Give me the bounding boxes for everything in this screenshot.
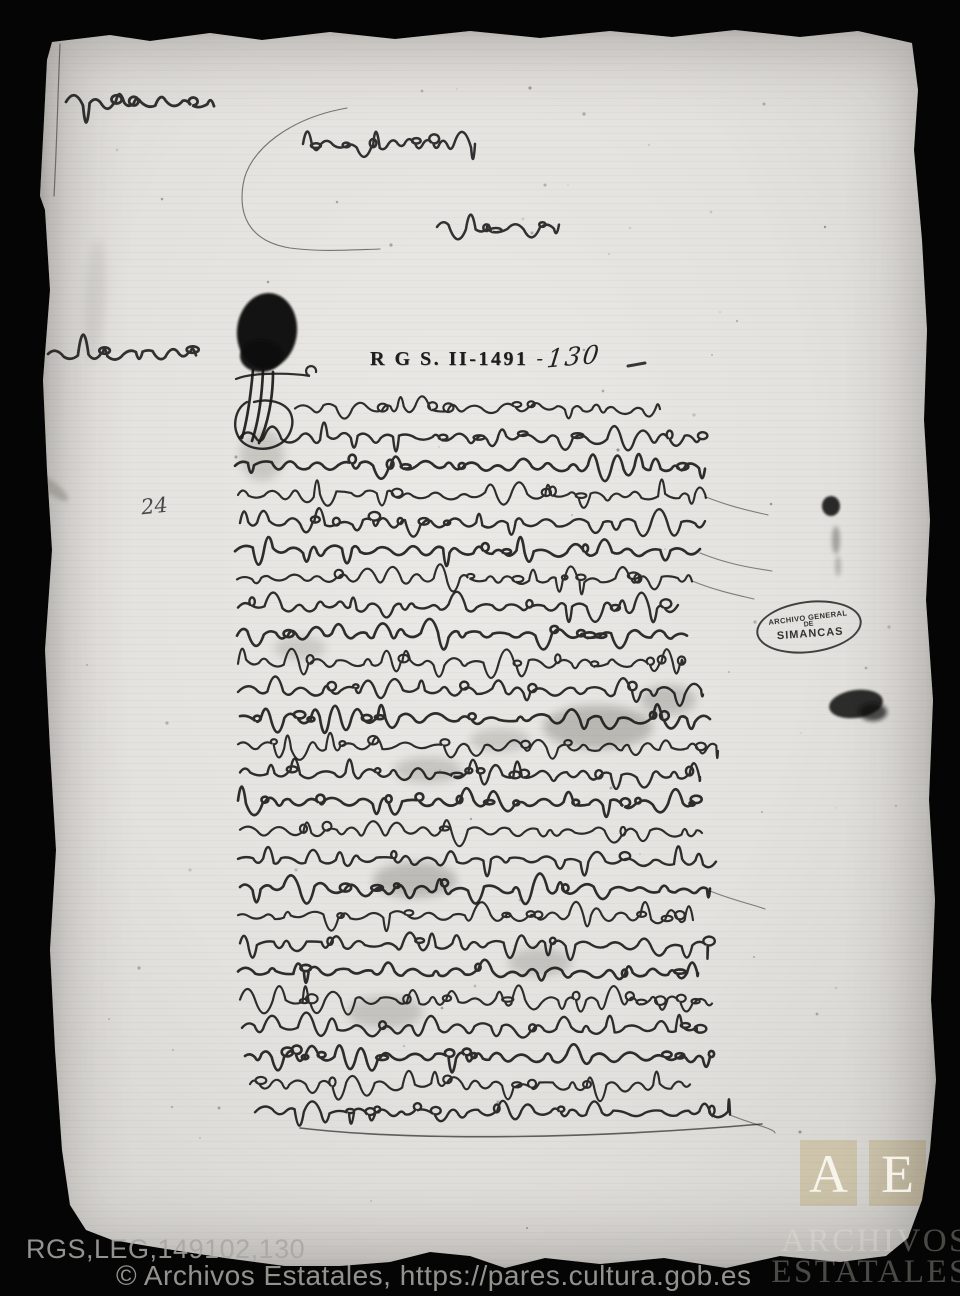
logo-wordmark: ARCHIVOS ESTATALES	[771, 1226, 960, 1289]
manuscript-page: R G S. II-1491-130 ARCHIVO GENERAL DE SI…	[0, 0, 960, 1296]
logo-wordmark-line2: ESTATALES	[771, 1257, 960, 1288]
folio-number-mark: 24	[140, 493, 169, 520]
catalog-stamp-separator: -	[536, 346, 543, 370]
catalog-stamp: R G S. II-1491-130	[370, 342, 601, 371]
logo-letter-a: A	[800, 1143, 857, 1205]
archival-photo: R G S. II-1491-130 ARCHIVO GENERAL DE SI…	[0, 0, 960, 1296]
oval-stamp-line3: SIMANCAS	[776, 626, 843, 642]
catalog-stamp-hand-number: 130	[545, 339, 602, 373]
logo-wordmark-line1: ARCHIVOS	[771, 1226, 960, 1257]
copyright-watermark: © Archivos Estatales, https://pares.cult…	[116, 1260, 752, 1292]
body-text-group	[235, 396, 775, 1133]
logo-letter-e: E	[869, 1143, 926, 1205]
catalog-stamp-machine-text: R G S. II-1491	[370, 348, 528, 370]
